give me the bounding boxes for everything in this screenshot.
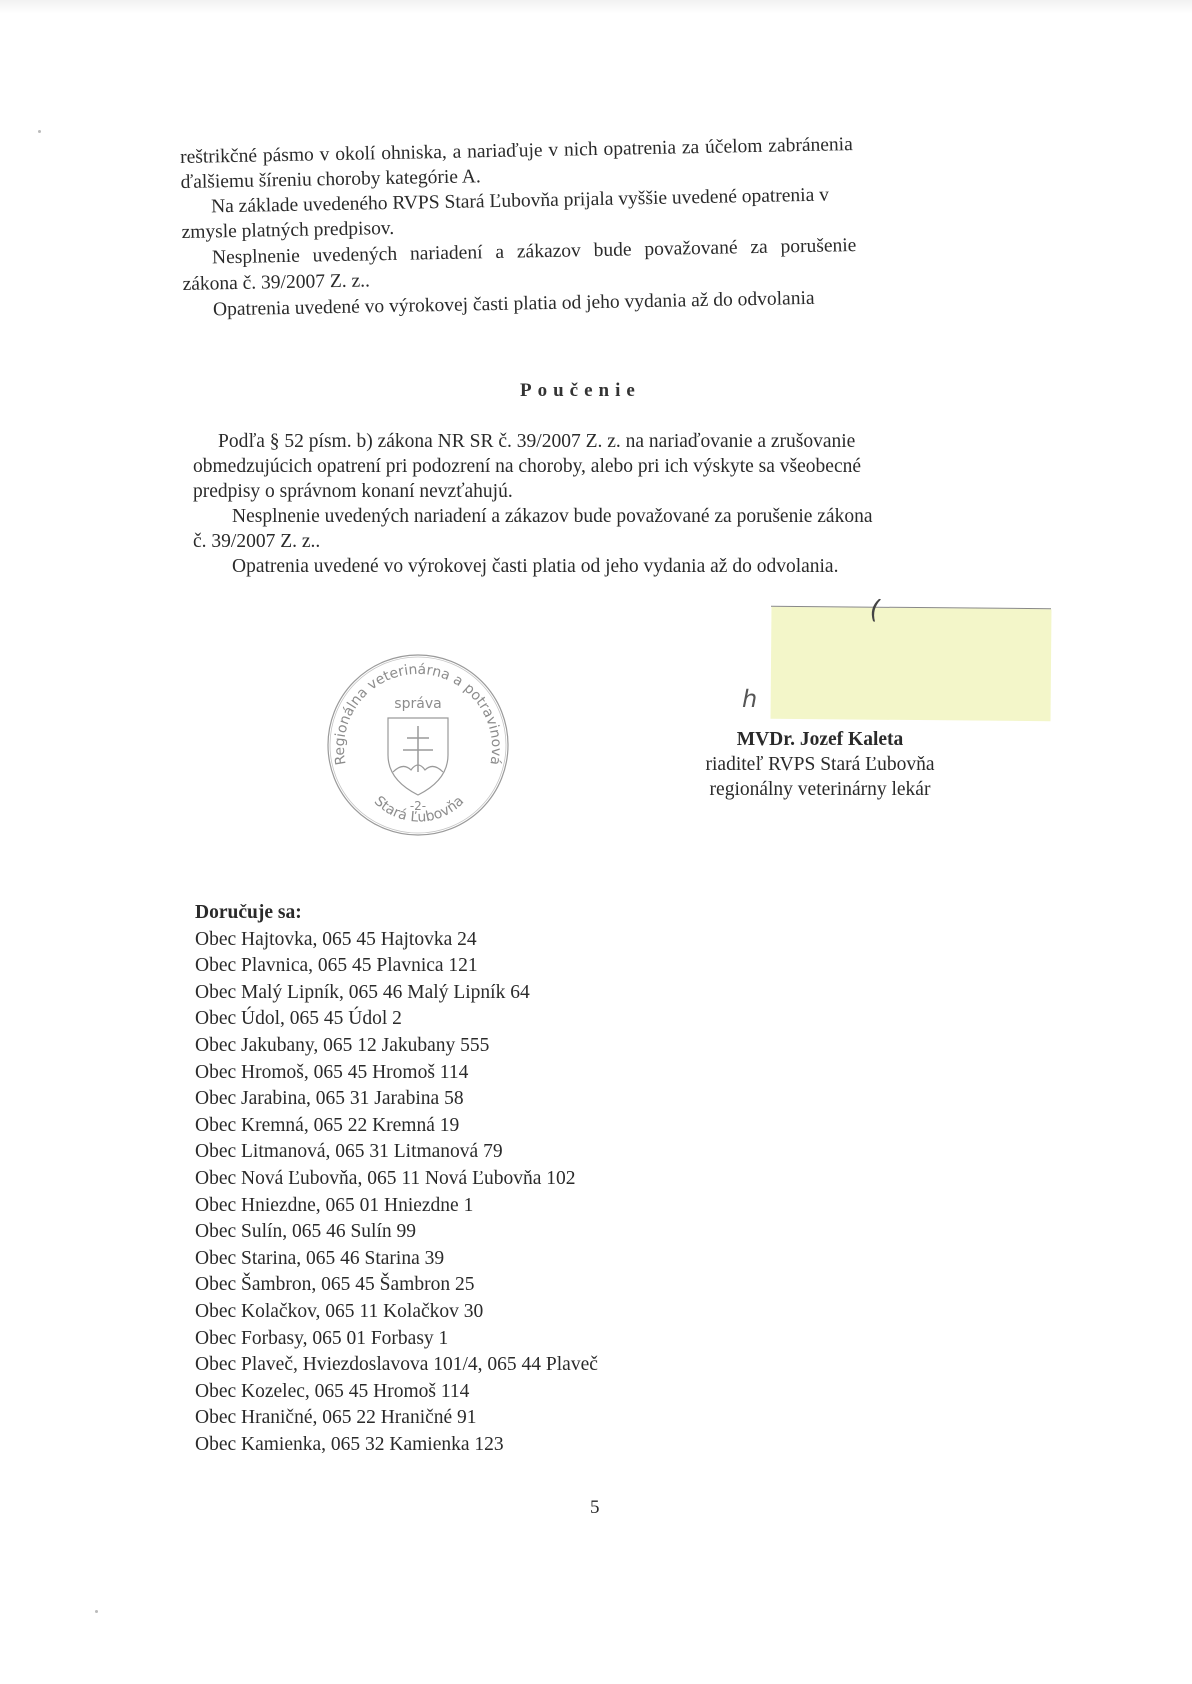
svg-text:správa: správa (394, 696, 441, 712)
recipient-item: Obec Forbasy, 065 01 Forbasy 1 (195, 1326, 598, 1353)
signature-block: MVDr. Jozef Kaleta riaditeľ RVPS Stará Ľ… (690, 727, 950, 802)
poucenie-line: Nesplnenie uvedených nariadení a zákazov… (232, 507, 873, 527)
paragraph-line: Opatrenia uvedené vo výrokovej časti pla… (213, 289, 815, 320)
paragraph-line: zmysle platných predpisov. (181, 219, 394, 243)
delivery-list: Doručuje sa: Obec Hajtovka, 065 45 Hajto… (195, 900, 598, 1458)
poucenie-line: obmedzujúcich opatrení pri podozrení na … (193, 457, 861, 477)
poucenie-line: Podľa § 52 písm. b) zákona NR SR č. 39/2… (218, 432, 855, 452)
recipient-item: Obec Jarabina, 065 31 Jarabina 58 (195, 1086, 598, 1113)
signer-name: MVDr. Jozef Kaleta (690, 727, 950, 752)
signer-role: riaditeľ RVPS Stará Ľubovňa (690, 752, 950, 777)
signer-title: regionálny veterinárny lekár (690, 777, 950, 802)
recipient-item: Obec Kamienka, 065 32 Kamienka 123 (195, 1432, 598, 1459)
stamp-seal-icon: Regionálna veterinárna a potravinová spr… (323, 650, 513, 840)
recipient-item: Obec Údol, 065 45 Údol 2 (195, 1006, 598, 1033)
recipient-item: Obec Jakubany, 065 12 Jakubany 555 (195, 1033, 598, 1060)
scan-speck (95, 1610, 98, 1613)
recipient-list: Obec Hajtovka, 065 45 Hajtovka 24Obec Pl… (195, 927, 598, 1459)
poucenie-line: č. 39/2007 Z. z.. (193, 532, 320, 552)
recipient-item: Obec Hajtovka, 065 45 Hajtovka 24 (195, 927, 598, 954)
delivery-title: Doručuje sa: (195, 900, 598, 927)
poucenie-line: predpisy o správnom konaní nevzťahujú. (193, 482, 513, 502)
top-paragraphs: reštrikčné pásmo v okolí ohniska, a nari… (0, 0, 1192, 333)
paragraph-line: Nesplnenie uvedených nariadení a zákazov… (212, 236, 857, 268)
recipient-item: Obec Kolačkov, 065 11 Kolačkov 30 (195, 1299, 598, 1326)
recipient-item: Obec Šambron, 065 45 Šambron 25 (195, 1272, 598, 1299)
recipient-item: Obec Kremná, 065 22 Kremná 19 (195, 1113, 598, 1140)
recipient-item: Obec Plavnica, 065 45 Plavnica 121 (195, 953, 598, 980)
page-number: 5 (590, 1497, 600, 1519)
recipient-item: Obec Nová Ľubovňa, 065 11 Nová Ľubovňa 1… (195, 1166, 598, 1193)
recipient-item: Obec Kozelec, 065 45 Hromoš 114 (195, 1379, 598, 1406)
redaction-note (771, 607, 1052, 721)
recipient-item: Obec Hromoš, 065 45 Hromoš 114 (195, 1060, 598, 1087)
poucenie-heading: Poučenie (520, 380, 641, 402)
recipient-item: Obec Plaveč, Hviezdoslavova 101/4, 065 4… (195, 1352, 598, 1379)
recipient-item: Obec Starina, 065 46 Starina 39 (195, 1246, 598, 1273)
signature-initial: ℎ (742, 685, 757, 713)
recipient-item: Obec Litmanová, 065 31 Litmanová 79 (195, 1139, 598, 1166)
recipient-item: Obec Malý Lipník, 065 46 Malý Lipník 64 (195, 980, 598, 1007)
paragraph-line: zákona č. 39/2007 Z. z.. (182, 271, 370, 294)
official-stamp: Regionálna veterinárna a potravinová spr… (323, 650, 513, 840)
paragraph-line: reštrikčné pásmo v okolí ohniska, a nari… (180, 135, 853, 167)
recipient-item: Obec Hraničné, 065 22 Hraničné 91 (195, 1405, 598, 1432)
poucenie-line: Opatrenia uvedené vo výrokovej časti pla… (232, 557, 838, 577)
recipient-item: Obec Hniezdne, 065 01 Hniezdne 1 (195, 1193, 598, 1220)
recipient-item: Obec Sulín, 065 46 Sulín 99 (195, 1219, 598, 1246)
paragraph-line: ďalšiemu šíreniu choroby kategórie A. (180, 167, 480, 192)
scan-speck (38, 130, 41, 133)
